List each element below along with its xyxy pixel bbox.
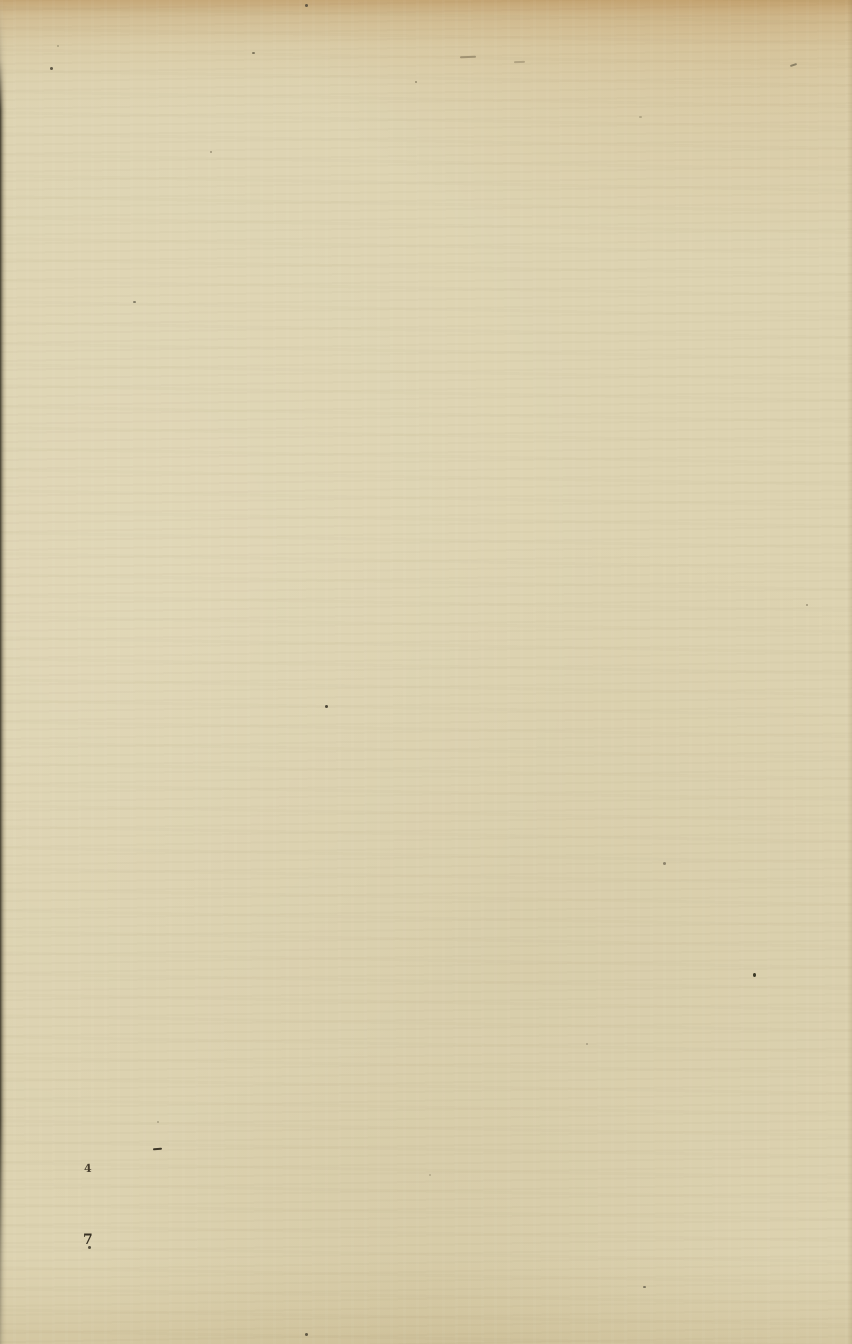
page-number: 7 (83, 1233, 93, 1247)
ghost-dash (514, 61, 525, 63)
paper-speck (753, 973, 756, 977)
paper-speck (210, 151, 212, 153)
paper-speck (305, 1333, 308, 1336)
paper-speck (252, 52, 255, 54)
paper-speck (639, 116, 642, 118)
paper-speck (415, 81, 417, 83)
paper-speck (663, 862, 666, 865)
paper-speck (643, 1286, 646, 1288)
paper-speck (429, 1174, 431, 1176)
paper-speck (305, 4, 308, 7)
paper-speck (57, 45, 59, 47)
paper-speck (806, 604, 808, 606)
paper-speck (586, 1043, 588, 1045)
paper-speck (325, 705, 328, 708)
ghost-dash (460, 56, 476, 59)
paper-speck (157, 1121, 159, 1123)
paper-artifacts (0, 0, 852, 1344)
ghost-hook-mark (790, 63, 797, 67)
stray-mark-4: 4 (84, 1163, 92, 1174)
paper-speck (133, 301, 136, 303)
stray-dash-mark (153, 1148, 162, 1151)
scanned-book-page: 4 7 (0, 0, 852, 1344)
paper-speck (50, 67, 53, 70)
